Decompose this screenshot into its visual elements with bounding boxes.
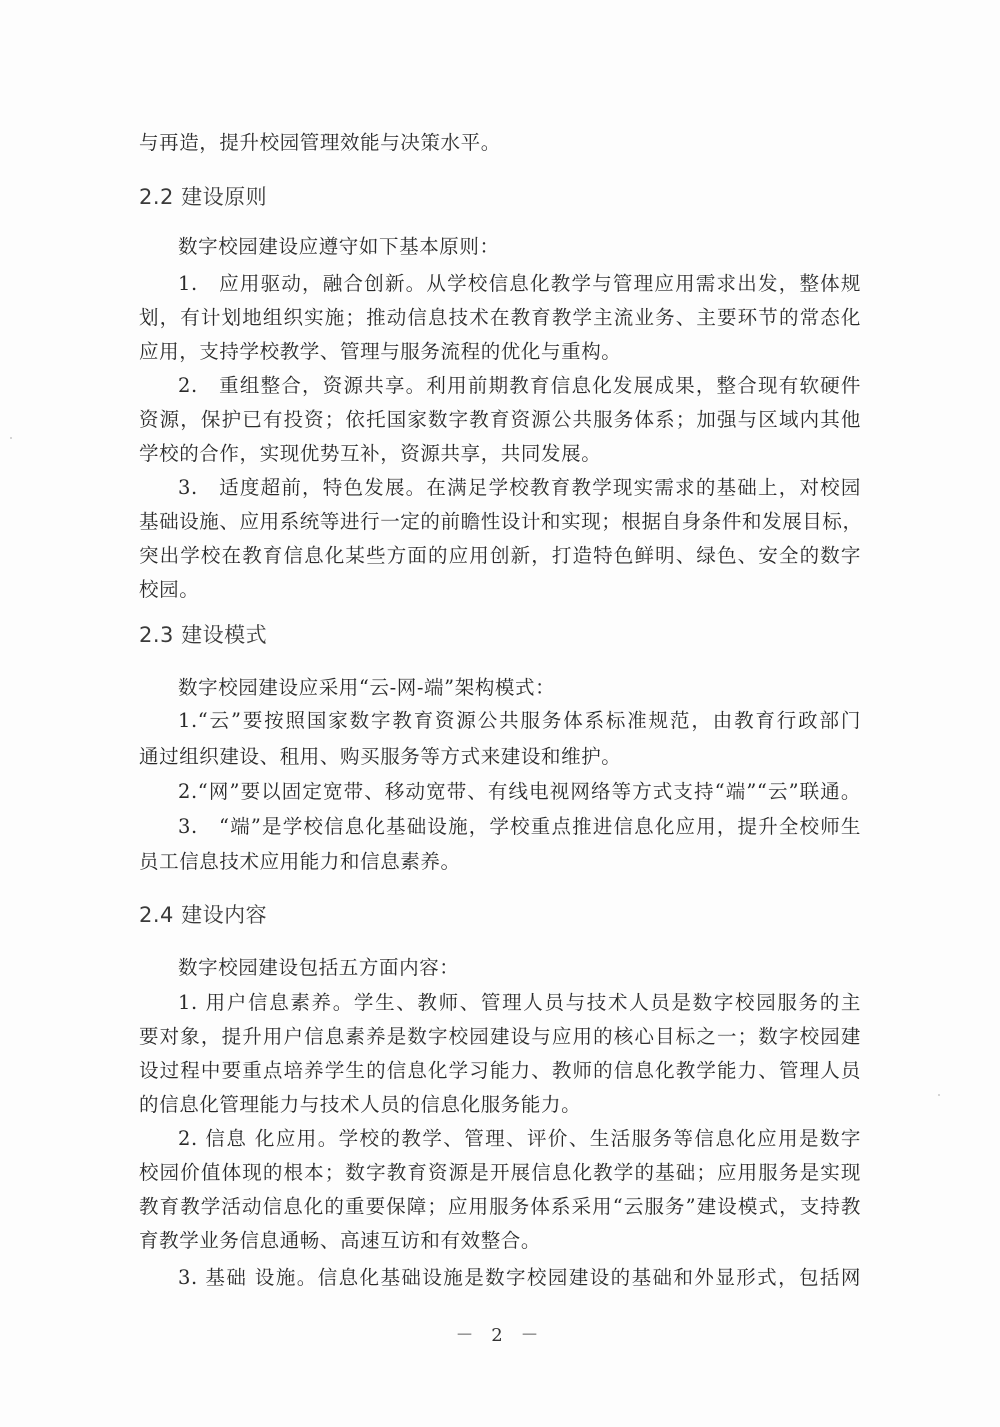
list-item-line: 基础设施、应用系统等进行一定的前瞻性设计和实现；根据自身条件和发展目标，: [139, 510, 861, 534]
list-item-line: 3. “端”是学校信息化基础设施，学校重点推进信息化应用，提升全校师生: [178, 815, 861, 839]
scan-speck: [938, 1094, 940, 1096]
paragraph-line: 与再造，提升校园管理效能与决策水平。: [139, 131, 861, 155]
section-heading-2-4: 2.4 建设内容: [139, 902, 267, 928]
list-item-line: 资源，保护已有投资；依托国家数字教育资源公共服务体系；加强与区域内其他: [139, 408, 861, 432]
list-item-line: 1.“云”要按照国家数字教育资源公共服务体系标准规范，由教育行政部门: [178, 709, 861, 733]
list-item-line: 校园价值体现的根本；数字教育资源是开展信息化教学的基础；应用服务是实现: [139, 1161, 861, 1185]
list-item-line: 2. 信息 化应用。学校的教学、管理、评价、生活服务等信息化应用是数字: [178, 1127, 861, 1151]
list-item-line: 3. 基础 设施。信息化基础设施是数字校园建设的基础和外显形式，包括网: [178, 1266, 861, 1290]
scan-speck: [460, 1103, 462, 1105]
scan-speck: [10, 437, 12, 439]
list-item-line: 1. 应用驱动，融合创新。从学校信息化教学与管理应用需求出发，整体规: [178, 272, 861, 296]
list-item-line: 突出学校在教育信息化某些方面的应用创新，打造特色鲜明、绿色、安全的数字: [139, 544, 861, 568]
list-item-line: 2.“网”要以固定宽带、移动宽带、有线电视网络等方式支持“端”“云”联通。: [178, 780, 861, 804]
list-item-line: 1. 用户信息素养。学生、教师、管理人员与技术人员是数字校园服务的主: [178, 991, 861, 1015]
list-item-line: 通过组织建设、租用、购买服务等方式来建设和维护。: [139, 745, 861, 769]
list-item-line: 育教学业务信息通畅、高速互访和有效整合。: [139, 1229, 861, 1253]
document-page: 2.2 建设原则 2.3 建设模式 2.4 建设内容 与再造，提升校园管理效能与…: [0, 0, 1000, 1427]
list-item-line: 要对象，提升用户信息素养是数字校园建设与应用的核心目标之一；数字校园建: [139, 1025, 861, 1049]
list-item-line: 校园。: [139, 578, 861, 602]
list-item-line: 员工信息技术应用能力和信息素养。: [139, 850, 861, 874]
paragraph-line: 数字校园建设应遵守如下基本原则：: [178, 235, 861, 259]
list-item-line: 3. 适度超前，特色发展。在满足学校教育教学现实需求的基础上，对校园: [178, 476, 861, 500]
list-item-line: 设过程中要重点培养学生的信息化学习能力、教师的信息化教学能力、管理人员: [139, 1059, 861, 1083]
list-item-line: 应用，支持学校教学、管理与服务流程的优化与重构。: [139, 340, 861, 364]
list-item-line: 学校的合作，实现优势互补，资源共享，共同发展。: [139, 442, 861, 466]
list-item-line: 划，有计划地组织实施；推动信息技术在教育教学主流业务、主要环节的常态化: [139, 306, 861, 330]
scan-speck: [472, 1104, 474, 1106]
paragraph-line: 数字校园建设应采用“云-网-端”架构模式：: [178, 676, 861, 700]
paragraph-line: 数字校园建设包括五方面内容：: [178, 956, 861, 980]
list-item-line: 的信息化管理能力与技术人员的信息化服务能力。: [139, 1093, 861, 1117]
page-number: － 2 －: [0, 1321, 1000, 1347]
section-heading-2-2: 2.2 建设原则: [139, 184, 267, 210]
section-heading-2-3: 2.3 建设模式: [139, 622, 267, 648]
list-item-line: 教育教学活动信息化的重要保障；应用服务体系采用“云服务”建设模式，支持教: [139, 1195, 861, 1219]
list-item-line: 2. 重组整合，资源共享。利用前期教育信息化发展成果，整合现有软硬件: [178, 374, 861, 398]
